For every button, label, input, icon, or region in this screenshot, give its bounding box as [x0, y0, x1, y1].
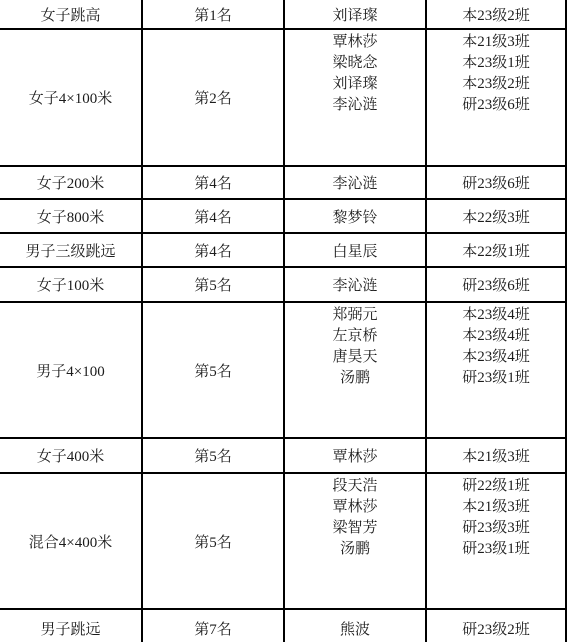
rank-cell: 第4名	[142, 166, 284, 199]
table-row: 女子跳高 第1名 刘译璨 本23级2班	[0, 0, 566, 29]
class-name: 本23级4班	[427, 324, 565, 345]
table-row: 男子4×100 第5名 郑弼元 左京桥 唐昊天 汤鹏 本23级4班 本23级4班…	[0, 302, 566, 438]
athlete-cell: 李沁涟	[284, 267, 426, 302]
event-cell: 女子跳高	[0, 0, 142, 29]
rank-cell: 第7名	[142, 609, 284, 642]
class-cell: 本23级4班 本23级4班 本23级4班 研23级1班	[426, 302, 566, 438]
class-name: 本23级4班	[427, 345, 565, 366]
rank-cell: 第4名	[142, 233, 284, 267]
results-table: 女子跳高 第1名 刘译璨 本23级2班 女子4×100米 第2名 覃林莎 梁晓念…	[0, 0, 567, 642]
class-cell: 研23级2班	[426, 609, 566, 642]
athlete-name: 段天浩	[285, 474, 425, 495]
athlete-cell: 覃林莎	[284, 438, 426, 473]
athlete-cell: 郑弼元 左京桥 唐昊天 汤鹏	[284, 302, 426, 438]
class-cell: 研23级6班	[426, 166, 566, 199]
class-name: 本21级3班	[427, 495, 565, 516]
table-row: 男子跳远 第7名 熊波 研23级2班	[0, 609, 566, 642]
athlete-name: 汤鹏	[285, 537, 425, 558]
page: { "colors": { "border": "#000000", "text…	[0, 0, 569, 642]
class-name: 本23级2班	[427, 72, 565, 93]
athlete-name: 覃林莎	[285, 495, 425, 516]
class-name: 研23级3班	[427, 516, 565, 537]
event-cell: 女子100米	[0, 267, 142, 302]
event-cell: 男子跳远	[0, 609, 142, 642]
event-cell: 男子三级跳远	[0, 233, 142, 267]
class-name: 研23级1班	[427, 366, 565, 387]
class-name: 本21级3班	[427, 30, 565, 51]
class-name: 本23级1班	[427, 51, 565, 72]
rank-cell: 第1名	[142, 0, 284, 29]
class-cell: 本23级2班	[426, 0, 566, 29]
class-name: 本23级4班	[427, 303, 565, 324]
event-cell: 混合4×400米	[0, 473, 142, 609]
rank-cell: 第2名	[142, 29, 284, 166]
athlete-name: 李沁涟	[285, 93, 425, 114]
athlete-name: 郑弼元	[285, 303, 425, 324]
athlete-cell: 刘译璨	[284, 0, 426, 29]
athlete-name: 刘译璨	[285, 72, 425, 93]
athlete-cell: 白星辰	[284, 233, 426, 267]
event-cell: 女子200米	[0, 166, 142, 199]
rank-cell: 第5名	[142, 473, 284, 609]
class-name: 研23级1班	[427, 537, 565, 558]
class-name: 研23级6班	[427, 93, 565, 114]
athlete-name: 覃林莎	[285, 30, 425, 51]
athlete-cell: 李沁涟	[284, 166, 426, 199]
class-cell: 研23级6班	[426, 267, 566, 302]
rank-cell: 第5名	[142, 302, 284, 438]
rank-cell: 第4名	[142, 199, 284, 233]
athlete-cell: 熊波	[284, 609, 426, 642]
rank-cell: 第5名	[142, 267, 284, 302]
event-cell: 女子800米	[0, 199, 142, 233]
event-cell: 男子4×100	[0, 302, 142, 438]
table-row: 男子三级跳远 第4名 白星辰 本22级1班	[0, 233, 566, 267]
class-cell: 本21级3班	[426, 438, 566, 473]
event-cell: 女子4×100米	[0, 29, 142, 166]
class-name: 研22级1班	[427, 474, 565, 495]
athlete-name: 唐昊天	[285, 345, 425, 366]
table-row: 女子200米 第4名 李沁涟 研23级6班	[0, 166, 566, 199]
class-cell: 研22级1班 本21级3班 研23级3班 研23级1班	[426, 473, 566, 609]
athlete-cell: 黎梦铃	[284, 199, 426, 233]
table-row: 混合4×400米 第5名 段天浩 覃林莎 梁智芳 汤鹏 研22级1班 本21级3…	[0, 473, 566, 609]
event-cell: 女子400米	[0, 438, 142, 473]
table-row: 女子100米 第5名 李沁涟 研23级6班	[0, 267, 566, 302]
table-row: 女子400米 第5名 覃林莎 本21级3班	[0, 438, 566, 473]
athlete-cell: 覃林莎 梁晓念 刘译璨 李沁涟	[284, 29, 426, 166]
table-row: 女子4×100米 第2名 覃林莎 梁晓念 刘译璨 李沁涟 本21级3班 本23级…	[0, 29, 566, 166]
table-row: 女子800米 第4名 黎梦铃 本22级3班	[0, 199, 566, 233]
athlete-name: 左京桥	[285, 324, 425, 345]
rank-cell: 第5名	[142, 438, 284, 473]
athlete-name: 梁智芳	[285, 516, 425, 537]
class-cell: 本22级3班	[426, 199, 566, 233]
class-cell: 本22级1班	[426, 233, 566, 267]
athlete-name: 梁晓念	[285, 51, 425, 72]
class-cell: 本21级3班 本23级1班 本23级2班 研23级6班	[426, 29, 566, 166]
athlete-name: 汤鹏	[285, 366, 425, 387]
athlete-cell: 段天浩 覃林莎 梁智芳 汤鹏	[284, 473, 426, 609]
